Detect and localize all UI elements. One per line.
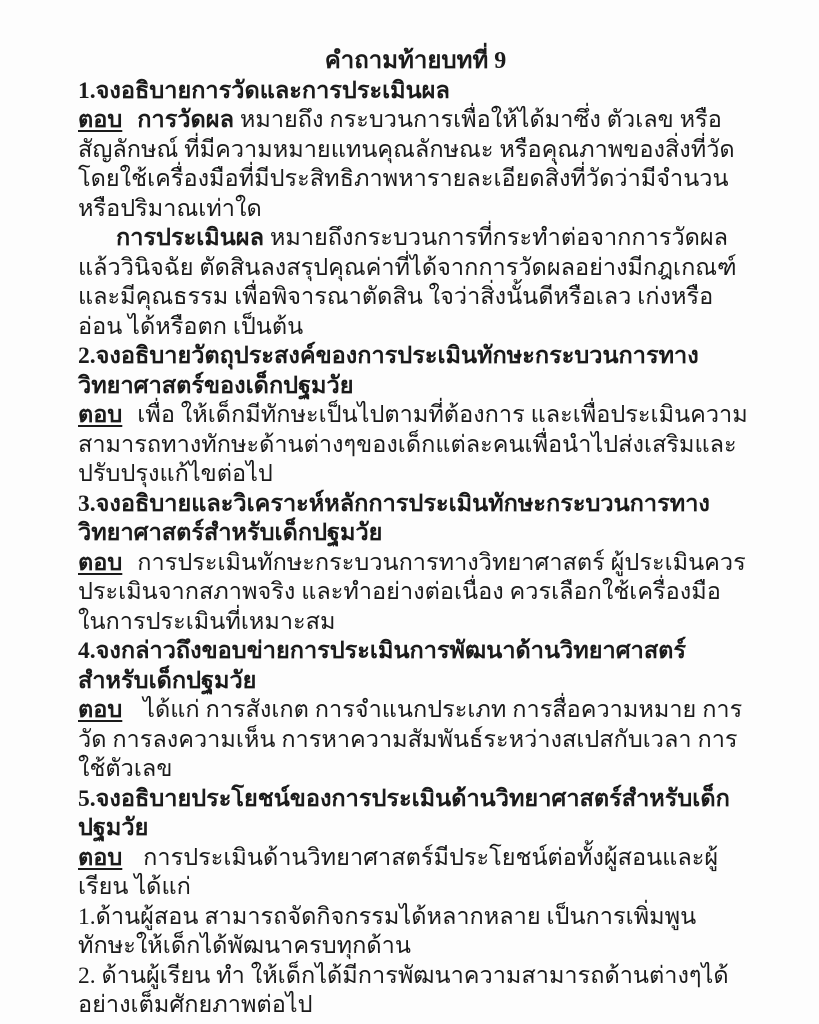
answer-1-evaluation: การประเมินผล หมายถึงกระบวนการที่กระทำต่อ… bbox=[78, 224, 753, 342]
text-run: 1.ด้านผู้สอน สามารถจัดกิจกรรมได้หลากหลาย… bbox=[78, 904, 696, 960]
answer-prefix: ตอบ bbox=[78, 845, 122, 871]
answer-prefix: ตอบ bbox=[78, 550, 122, 576]
answer-4: ตอบ ได้แก่ การสังเกต การจำแนกประเภท การส… bbox=[78, 696, 753, 785]
text-run: การประเมินด้านวิทยาศาสตร์มีประโยชน์ต่อทั… bbox=[78, 845, 718, 901]
term: การประเมินผล bbox=[116, 225, 264, 251]
answer-5: ตอบ การประเมินด้านวิทยาศาสตร์มีประโยชน์ต… bbox=[78, 844, 753, 903]
answer-3: ตอบการประเมินทักษะกระบวนการทางวิทยาศาสตร… bbox=[78, 549, 753, 638]
text-run: 5.จงอธิบายประโยชน์ของการประเมินด้านวิทยา… bbox=[78, 786, 730, 842]
answer-prefix: ตอบ bbox=[78, 107, 122, 133]
question-3: 3.จงอธิบายและวิเคราะห์หลักการประเมินทักษ… bbox=[78, 490, 753, 549]
page-title: คำถามท้ายบทที่ 9 bbox=[78, 47, 753, 77]
text-run: การประเมินทักษะกระบวนการทางวิทยาศาสตร์ ผ… bbox=[78, 550, 746, 635]
text-run: 2. ด้านผู้เรียน ทำ ให้เด็กได้มีการพัฒนาค… bbox=[78, 963, 729, 1019]
question-1: 1.จงอธิบายการวัดและการประเมินผล bbox=[78, 77, 753, 107]
term: การวัดผล bbox=[137, 107, 234, 133]
document-page: คำถามท้ายบทที่ 9 1.จงอธิบายการวัดและการป… bbox=[0, 0, 819, 1024]
text-run: 2.จงอธิบายวัตถุประสงค์ของการประเมินทักษะ… bbox=[78, 343, 699, 399]
text-run: ได้แก่ การสังเกต การจำแนกประเภท การสื่อค… bbox=[78, 697, 742, 782]
text-run: 1.จงอธิบายการวัดและการประเมินผล bbox=[78, 78, 450, 104]
text-run: 3.จงอธิบายและวิเคราะห์หลักการประเมินทักษ… bbox=[78, 491, 710, 547]
answer-prefix: ตอบ bbox=[78, 402, 122, 428]
answer-5-item-1: 1.ด้านผู้สอน สามารถจัดกิจกรรมได้หลากหลาย… bbox=[78, 903, 753, 962]
answer-2: ตอบเพื่อ ให้เด็กมีทักษะเป็นไปตามที่ต้องก… bbox=[78, 401, 753, 490]
answer-1: ตอบการวัดผล หมายถึง กระบวนการเพื่อให้ได้… bbox=[78, 106, 753, 224]
text-run: เพื่อ ให้เด็กมีทักษะเป็นไปตามที่ต้องการ … bbox=[78, 402, 748, 487]
question-5: 5.จงอธิบายประโยชน์ของการประเมินด้านวิทยา… bbox=[78, 785, 753, 844]
text-run: 4.จงกล่าวถึงขอบข่ายการประเมินการพัฒนาด้า… bbox=[78, 638, 686, 694]
answer-prefix: ตอบ bbox=[78, 697, 122, 723]
document-body: 1.จงอธิบายการวัดและการประเมินผลตอบการวัด… bbox=[78, 77, 753, 1021]
question-2: 2.จงอธิบายวัตถุประสงค์ของการประเมินทักษะ… bbox=[78, 342, 753, 401]
question-4: 4.จงกล่าวถึงขอบข่ายการประเมินการพัฒนาด้า… bbox=[78, 637, 753, 696]
answer-5-item-2: 2. ด้านผู้เรียน ทำ ให้เด็กได้มีการพัฒนาค… bbox=[78, 962, 753, 1021]
